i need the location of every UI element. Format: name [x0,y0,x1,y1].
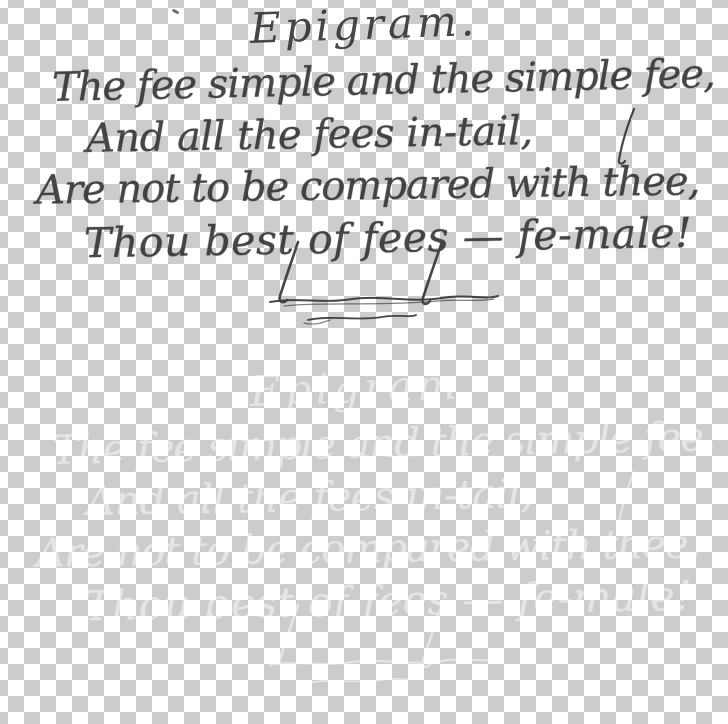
epigram-manuscript: Epigram. The fee simple and the simple f… [0,0,728,362]
ghost-stray-pen-stroke-icon [608,469,648,531]
stray-pen-stroke-icon [608,106,648,168]
poem-line-3: Are not to be compared with thee, [36,158,700,213]
ghost-scribble-underline-flourish-icon [260,603,510,703]
transparent-canvas: Epigram. The fee simple and the simple f… [0,0,728,724]
ghost-poem-title: Epigram. [0,352,728,424]
scribble-underline-flourish-icon [260,240,510,340]
ghost-poem-line-3: Are not to be compared with thee, [36,521,700,576]
ghost-poem-line-1: The fee simple and the simple fee, [52,414,716,474]
epigram-ghost-copy: Epigram. The fee simple and the simple f… [0,363,728,724]
ghost-poem-line-2: And all the fees in-tail, [86,471,533,525]
poem-line-1: The fee simple and the simple fee, [52,51,716,111]
poem-line-2: And all the fees in-tail, [86,108,533,162]
poem-title: Epigram. [0,0,728,61]
